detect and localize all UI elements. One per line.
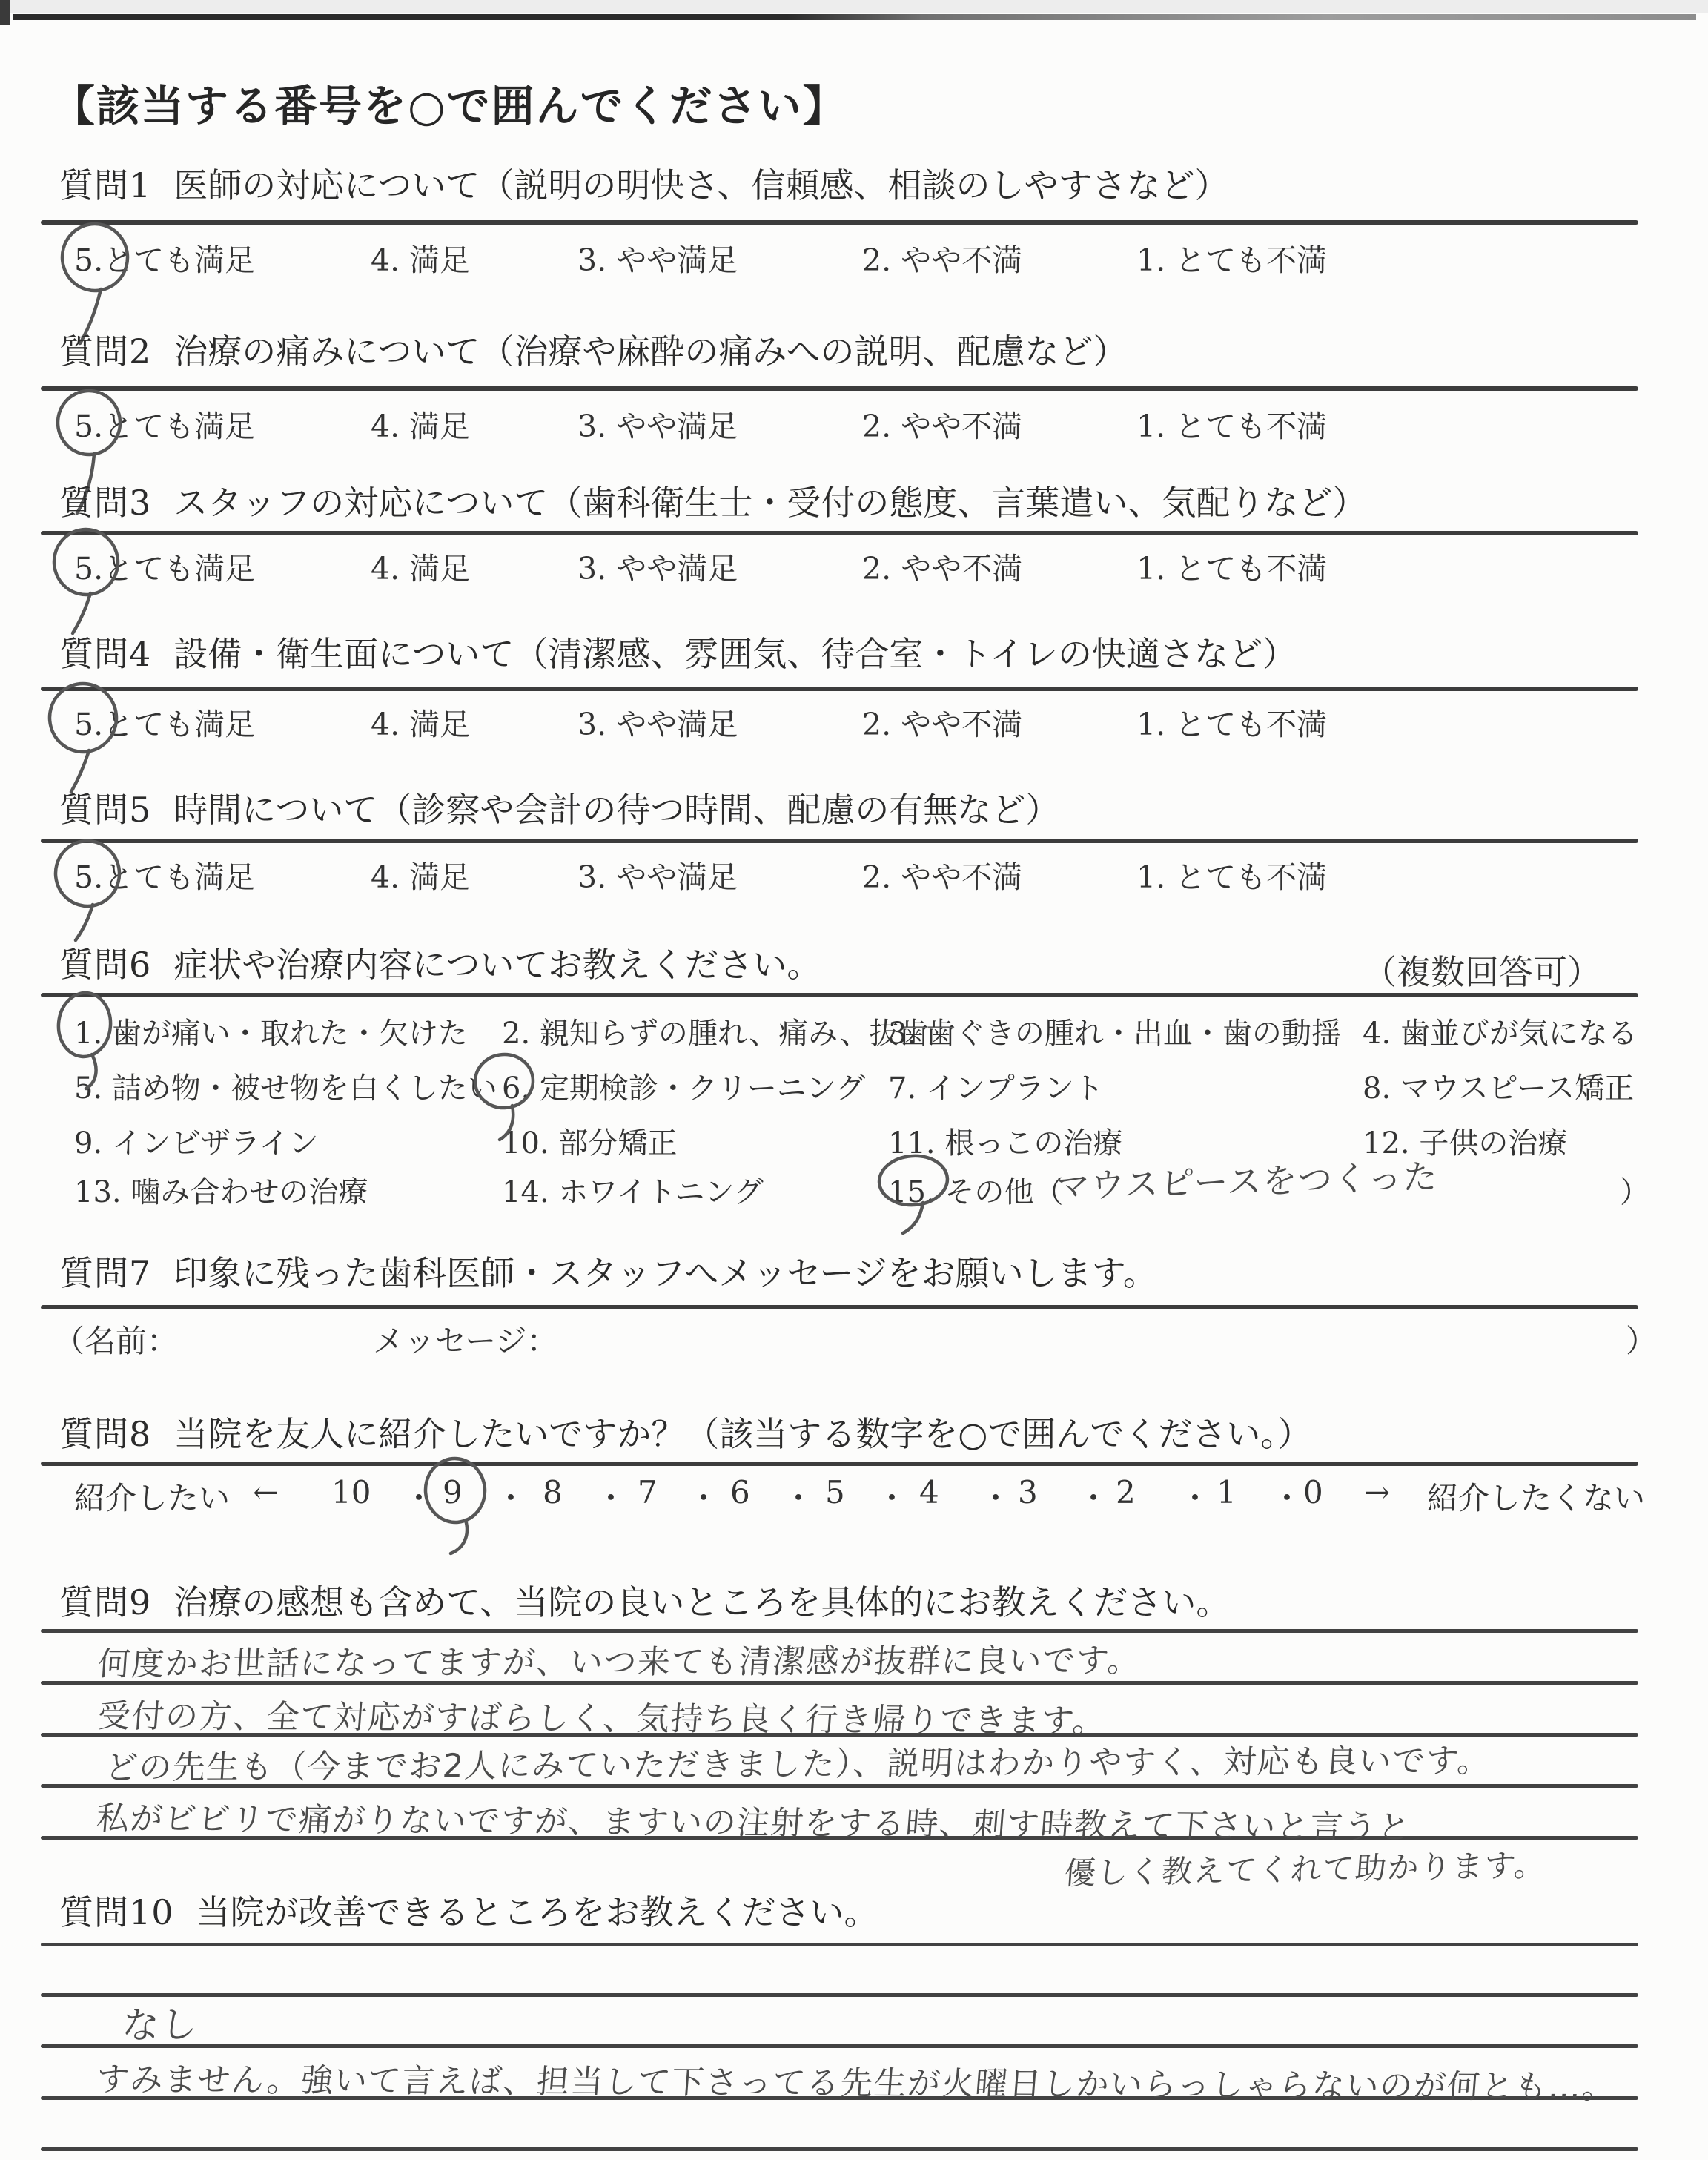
question-1-number: 質問1 (59, 166, 151, 205)
scan-top-line (13, 14, 1696, 20)
q8-number-7: 7 (638, 1474, 658, 1510)
q4-option-2: 2. やや不満 (862, 700, 1022, 744)
q9-answer-row-1: 何度かお世話になってますが、いつ来ても清潔感が抜群に良いです。 (96, 1634, 1143, 1685)
question-6-heading: 質問6 症状や治療内容についてお教えください。 (59, 945, 821, 985)
q8-dot: ・ (1271, 1474, 1302, 1519)
q8-number-0: 0 (1303, 1474, 1323, 1510)
q3-option-1: 1. とても不満 (1136, 544, 1327, 588)
q8-want-label: 紹介したい (74, 1474, 230, 1519)
q10-answer-line (41, 2044, 1638, 2048)
q6-item-13: 13. 噛み合わせの治療 (74, 1169, 368, 1211)
q8-number-8: 8 (543, 1474, 563, 1510)
question-7-title: 印象に残った歯科医師・スタッフへメッセージをお願いします。 (173, 1254, 1157, 1293)
q4-option-4: 4. 満足 (371, 700, 470, 744)
question-1-title: 医師の対応について（説明の明快さ、信頼感、相談のしやすさなど） (173, 166, 1228, 205)
q9-answer-row-4: 私がビビリで痛がりないですが、ますいの注射をする時、刺す時教えて下さいと言うと (95, 1791, 1414, 1848)
question-9-number: 質問9 (59, 1583, 151, 1622)
handwritten-circle-q3-answer-5 (47, 526, 129, 638)
handwritten-circle-q4-answer-5 (43, 681, 126, 796)
question-3-heading: 質問3 スタッフの対応について（歯科衛生士・受付の態度、言葉遣い、気配りなど） (59, 483, 1366, 523)
q8-dot: ・ (688, 1474, 719, 1519)
question-8-heading: 質問8 当院を友人に紹介したいですか？（該当する数字を○で囲んでください。） (59, 1415, 1311, 1454)
q8-number-1: 1 (1217, 1474, 1237, 1510)
q6-item-15-close-paren: ） (1620, 1169, 1649, 1211)
question-10-number: 質問10 (59, 1893, 174, 1932)
q8-left-arrow-icon: ← (253, 1474, 279, 1510)
question-10-heading: 質問10 当院が改善できるところをお教えください。 (59, 1893, 878, 1932)
q10-answer-line (41, 2147, 1638, 2151)
question-6-title: 症状や治療内容についてお教えください。 (173, 945, 821, 985)
q6-item-8: 8. マウスピース矯正 (1363, 1065, 1634, 1107)
q3-option-2: 2. やや不満 (862, 544, 1022, 588)
q8-number-2: 2 (1116, 1474, 1136, 1510)
q2-option-1: 1. とても不満 (1136, 402, 1327, 446)
question-9-heading: 質問9 治療の感想も含めて、当院の良いところを具体的にお教えください。 (59, 1583, 1230, 1622)
form-header-title: 【該当する番号を○で囲んでください】 (52, 71, 847, 133)
question-4-heading: 質問4 設備・衛生面について（清潔感、雰囲気、待合室・トイレの快適さなど） (59, 635, 1297, 674)
scan-corner-mark (0, 0, 10, 25)
q2-option-3: 3. やや満足 (577, 402, 738, 446)
q8-number-10: 10 (331, 1474, 371, 1510)
question-6-multi-answer-note: （複数回答可） (1363, 945, 1601, 994)
question-7-number: 質問7 (59, 1254, 151, 1293)
q9-answer-row-2: 受付の方、全て対応がすばらしく、気持ち良く行き帰りできます。 (96, 1689, 1108, 1742)
question-1-heading: 質問1 医師の対応について（説明の明快さ、信頼感、相談のしやすさなど） (59, 166, 1229, 205)
q1-option-3: 3. やや満足 (577, 236, 738, 280)
q5-option-2: 2. やや不満 (862, 853, 1022, 896)
rule-under-q7 (41, 1305, 1638, 1309)
rule-under-q3 (41, 531, 1638, 535)
question-5-title: 時間について（診察や会計の待つ時間、配慮の有無など） (173, 790, 1059, 830)
rule-under-q2 (41, 386, 1638, 391)
q4-option-1: 1. とても不満 (1136, 700, 1327, 744)
q8-number-4: 4 (919, 1474, 939, 1510)
q8-right-arrow-icon: → (1364, 1474, 1390, 1510)
q8-dot: ・ (495, 1474, 526, 1519)
scan-top-band (0, 0, 1708, 13)
question-7-heading: 質問7 印象に残った歯科医師・スタッフへメッセージをお願いします。 (59, 1254, 1157, 1293)
q10-answer-row-1: なし (120, 1995, 201, 2050)
q5-option-3: 3. やや満足 (577, 853, 738, 896)
q5-option-1: 1. とても不満 (1136, 853, 1327, 896)
q1-option-1: 1. とても不満 (1136, 236, 1327, 280)
question-8-number: 質問8 (59, 1415, 151, 1454)
q9-answer-row-3: どの先生も（今までお2人にみていただきました）、説明はわかりやすく、対応も良いで… (104, 1734, 1492, 1789)
q3-option-3: 3. やや満足 (577, 544, 738, 588)
question-5-heading: 質問5 時間について（診察や会計の待つ時間、配慮の有無など） (59, 790, 1059, 830)
rule-under-q10 (41, 1943, 1638, 1946)
question-3-title: スタッフの対応について（歯科衛生士・受付の態度、言葉遣い、気配りなど） (173, 483, 1366, 523)
handwritten-circle-q6-answer-6 (470, 1053, 544, 1146)
q6-item-14: 14. ホワイトニング (502, 1169, 764, 1211)
q8-dot: ・ (980, 1474, 1011, 1519)
question-4-number: 質問4 (59, 635, 151, 674)
rule-under-q5 (41, 839, 1638, 843)
handwritten-circle-q8-answer-9 (421, 1458, 497, 1558)
q8-dot: ・ (1179, 1474, 1211, 1519)
q8-number-6: 6 (730, 1474, 750, 1510)
q6-item-6: 6. 定期検診・クリーニング (502, 1065, 865, 1107)
q6-item-9: 9. インビザライン (74, 1120, 319, 1162)
question-2-title: 治療の痛みについて（治療や麻酔の痛みへの説明、配慮など） (173, 332, 1127, 371)
rule-under-q6 (41, 993, 1638, 997)
q6-other-handwritten-answer: マウスピースをつくった (1054, 1150, 1440, 1209)
q8-dot: ・ (595, 1474, 626, 1519)
q5-option-4: 4. 満足 (371, 853, 470, 896)
q8-number-3: 3 (1018, 1474, 1038, 1510)
question-5-number: 質問5 (59, 790, 151, 830)
q7-name-label: （名前： (53, 1317, 178, 1361)
question-6-number: 質問6 (59, 945, 151, 985)
q4-option-3: 3. やや満足 (577, 700, 738, 744)
q8-dot: ・ (1078, 1474, 1109, 1519)
q6-item-2: 2. 親知らずの腫れ、痛み、抜歯 (502, 1010, 929, 1052)
q6-item-1: 1. 歯が痛い・取れた・欠けた (74, 1010, 468, 1052)
q6-item-5: 5. 詰め物・被せ物を白くしたい (74, 1065, 497, 1107)
q10-answer-line (41, 1993, 1638, 1997)
rule-under-q8 (41, 1462, 1638, 1466)
q3-option-4: 4. 満足 (371, 544, 470, 588)
q1-option-2: 2. やや不満 (862, 236, 1022, 280)
q2-option-4: 4. 満足 (371, 402, 470, 446)
question-4-title: 設備・衛生面について（清潔感、雰囲気、待合室・トイレの快適さなど） (173, 635, 1297, 674)
q7-close-paren: ） (1626, 1317, 1657, 1361)
q8-dot: ・ (876, 1474, 907, 1519)
handwritten-circle-q5-answer-5 (49, 839, 130, 943)
handwritten-circle-q6-answer-15 (875, 1154, 956, 1239)
handwritten-circle-q1-answer-5 (56, 222, 138, 348)
question-3-number: 質問3 (59, 483, 151, 523)
rule-under-q1 (41, 220, 1638, 225)
q2-option-2: 2. やや不満 (862, 402, 1022, 446)
q7-message-label: メッセージ： (373, 1317, 557, 1361)
q9-answer-row-5-overflow: 優しく教えてくれて助かります。 (1063, 1841, 1548, 1894)
q8-number-5: 5 (825, 1474, 845, 1510)
question-10-title: 当院が改善できるところをお教えください。 (196, 1893, 878, 1932)
question-2-heading: 質問2 治療の痛みについて（治療や麻酔の痛みへの説明、配慮など） (59, 332, 1127, 371)
handwritten-circle-q6-answer-1 (53, 992, 124, 1092)
question-8-title: 当院を友人に紹介したいですか？（該当する数字を○で囲んでください。） (173, 1415, 1311, 1454)
question-9-title: 治療の感想も含めて、当院の良いところを具体的にお教えください。 (173, 1583, 1230, 1622)
q8-dot: ・ (783, 1474, 814, 1519)
scanned-survey-form: 【該当する番号を○で囲んでください】 質問1 医師の対応について（説明の明快さ、… (0, 0, 1708, 2160)
q1-option-4: 4. 満足 (371, 236, 470, 280)
question-2-number: 質問2 (59, 332, 151, 371)
q9-answer-line (41, 1629, 1638, 1633)
q6-item-4: 4. 歯並びが気になる (1363, 1010, 1638, 1052)
q6-item-3: 3. 歯ぐきの腫れ・出血・歯の動揺 (888, 1010, 1341, 1052)
q10-answer-row-2: すみません。強いて言えば、担当して下さってる先生が火曜日しかいらっしゃらないのが… (95, 2052, 1618, 2108)
q6-item-7: 7. インプラント (888, 1065, 1104, 1107)
q8-not-want-label: 紹介したくない (1427, 1474, 1645, 1519)
rule-under-q4 (41, 687, 1638, 691)
